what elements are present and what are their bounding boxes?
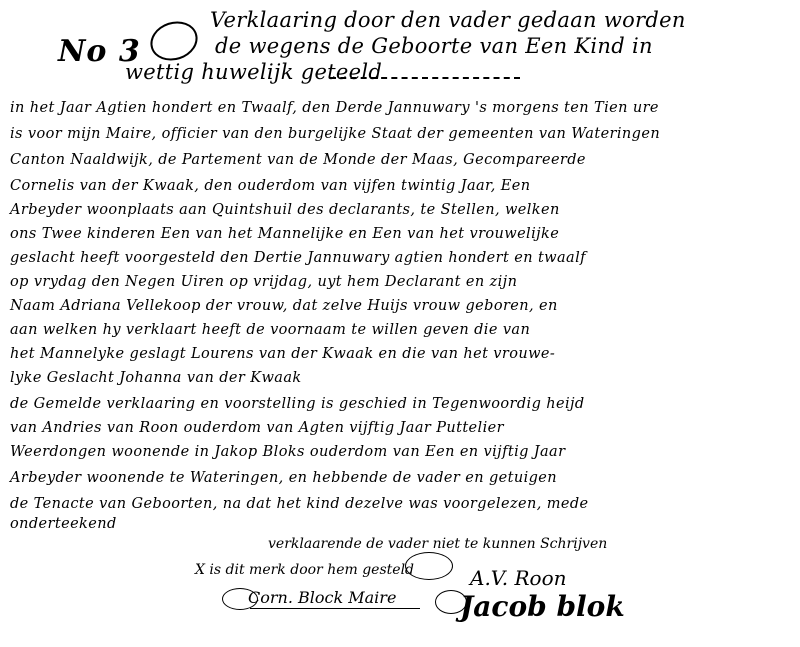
body-line-11: het Mannelyke geslagt Lourens van der Kw… [10, 344, 555, 364]
body-line-10: aan welken hy verklaart heeft de voornaa… [10, 320, 530, 340]
body-line-16: Arbeyder woonende te Wateringen, en hebb… [10, 468, 557, 488]
body-line-9: Naam Adriana Vellekoop der vrouw, dat ze… [10, 296, 558, 316]
body-line-18: onderteekend [10, 514, 117, 534]
body-line-8: op vrydag den Negen Uiren op vrijdag, uy… [10, 272, 517, 292]
scanned-document-page: No 3 Verklaaring door den vader gedaan w… [0, 0, 800, 647]
body-line-1: in het Jaar Agtien hondert en Twaalf, de… [10, 98, 659, 118]
body-line-17: de Tenacte van Geboorten, na dat het kin… [10, 494, 589, 514]
closing-declaration: verklaarende de vader niet te kunnen Sch… [268, 536, 607, 552]
signature-flourish-icon [405, 552, 453, 580]
witness-signature: A.V. Roon [470, 566, 566, 590]
officer-underline-stroke [250, 608, 420, 609]
title-trailing-dashes [330, 77, 520, 79]
body-line-6: ons Twee kinderen Een van het Mannelijke… [10, 224, 559, 244]
decorative-flourish-icon [145, 16, 202, 67]
body-line-3: Canton Naaldwijk, de Partement van de Mo… [10, 150, 586, 170]
title-line-2: de wegens de Geboorte van Een Kind in [215, 34, 653, 58]
body-line-12: lyke Geslacht Johanna van der Kwaak [10, 368, 302, 388]
body-line-5: Arbeyder woonplaats aan Quintshuil des d… [10, 200, 560, 220]
body-line-14: van Andries van Roon ouderdom van Agten … [10, 418, 504, 438]
title-line-3: wettig huwelijk geteeld [125, 60, 382, 84]
body-line-13: de Gemelde verklaaring en voorstelling i… [10, 394, 585, 414]
body-line-15: Weerdongen woonende in Jakop Bloks ouder… [10, 442, 565, 462]
mark-note: X is dit merk door hem gesteld [195, 562, 414, 578]
second-witness-signature: Jacob blok [460, 590, 625, 623]
body-line-2: is voor mijn Maire, officier van den bur… [10, 124, 660, 144]
body-line-4: Cornelis van der Kwaak, den ouderdom van… [10, 176, 531, 196]
title-line-1: Verklaaring door den vader gedaan worden [210, 8, 686, 32]
officer-signature: Corn. Block Maire [248, 588, 396, 607]
body-line-7: geslacht heeft voorgesteld den Dertie Ja… [10, 248, 586, 268]
